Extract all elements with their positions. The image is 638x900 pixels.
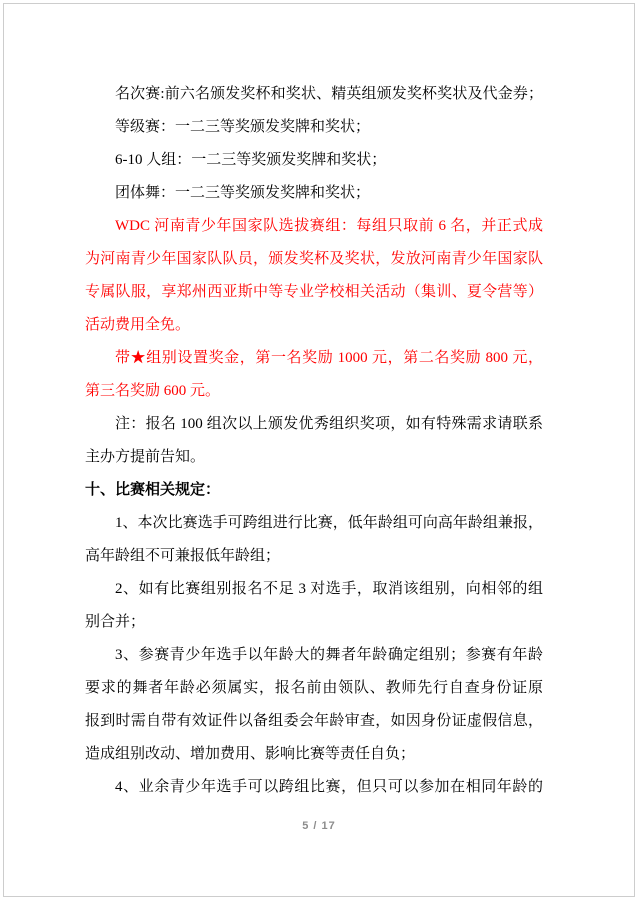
paragraph-wdc-selection-note: WDC 河南青少年国家队选拔赛组：每组只取前 6 名，并正式成 为河南青少年国家… [85, 210, 543, 342]
paragraph-grade-awards: 等级赛：一二三等奖颁发奖牌和奖状； [85, 111, 543, 144]
paragraph-star-group-bonus: 带★组别设置奖金，第一名奖励 1000 元，第二名奖励 800 元， 第三名奖励… [85, 342, 543, 408]
paragraph-rules-heading: 十、比赛相关规定： [85, 474, 543, 507]
doc-line: 团体舞：一二三等奖颁发奖牌和奖状； [85, 177, 543, 210]
doc-line: 注：报名 100 组次以上颁发优秀组织奖项，如有特殊需求请联系 [85, 408, 543, 441]
paragraph-team-dance-awards: 团体舞：一二三等奖颁发奖牌和奖状； [85, 177, 543, 210]
paragraph-rule-1: 1、本次比赛选手可跨组进行比赛，低年龄组可向高年龄组兼报， 高年龄组不可兼报低年… [85, 507, 543, 573]
doc-line: 1、本次比赛选手可跨组进行比赛，低年龄组可向高年龄组兼报， [85, 507, 543, 540]
doc-line: 专属队服，享郑州西亚斯中等专业学校相关活动（集训、夏令营等） [85, 276, 543, 309]
doc-line: 等级赛：一二三等奖颁发奖牌和奖状； [85, 111, 543, 144]
doc-line: WDC 河南青少年国家队选拔赛组：每组只取前 6 名，并正式成 [85, 210, 543, 243]
doc-line: 名次赛:前六名颁发奖杯和奖状、精英组颁发奖杯奖状及代金券； [85, 78, 543, 111]
doc-line: 高年龄组不可兼报低年龄组； [85, 540, 543, 573]
paragraph-placement-awards: 名次赛:前六名颁发奖杯和奖状、精英组颁发奖杯奖状及代金券； [85, 78, 543, 111]
doc-line: 4、业余青少年选手可以跨组比赛，但只可以参加在相同年龄的 [85, 771, 543, 804]
doc-line: 为河南青少年国家队队员，颁发奖杯及奖状，发放河南青少年国家队 [85, 243, 543, 276]
document-body: 名次赛:前六名颁发奖杯和奖状、精英组颁发奖杯奖状及代金券； 等级赛：一二三等奖颁… [85, 78, 543, 804]
page-number: 5 / 17 [0, 820, 638, 832]
section-heading-rules: 十、比赛相关规定： [85, 474, 543, 507]
doc-line: 3、参赛青少年选手以年龄大的舞者年龄确定组别；参赛有年龄 [85, 639, 543, 672]
doc-line: 6-10 人组：一二三等奖颁发奖牌和奖状； [85, 144, 543, 177]
doc-line: 带★组别设置奖金，第一名奖励 1000 元，第二名奖励 800 元， [85, 342, 543, 375]
doc-line: 要求的舞者年龄必须属实，报名前由领队、教师先行自查身份证原件， [85, 672, 543, 705]
doc-line: 造成组别改动、增加费用、影响比赛等责任自负； [85, 738, 543, 771]
doc-line: 第三名奖励 600 元。 [85, 375, 543, 408]
paragraph-group-6-10-awards: 6-10 人组：一二三等奖颁发奖牌和奖状； [85, 144, 543, 177]
doc-line: 2、如有比赛组别报名不足 3 对选手，取消该组别，向相邻的组 [85, 573, 543, 606]
doc-line: 主办方提前告知。 [85, 441, 543, 474]
doc-line: 报到时需自带有效证件以备组委会年龄审查，如因身份证虚假信息， [85, 705, 543, 738]
paragraph-rule-3: 3、参赛青少年选手以年龄大的舞者年龄确定组别；参赛有年龄 要求的舞者年龄必须属实… [85, 639, 543, 771]
paragraph-organizer-note: 注：报名 100 组次以上颁发优秀组织奖项，如有特殊需求请联系 主办方提前告知。 [85, 408, 543, 474]
paragraph-rule-4: 4、业余青少年选手可以跨组比赛，但只可以参加在相同年龄的 [85, 771, 543, 804]
paragraph-rule-2: 2、如有比赛组别报名不足 3 对选手，取消该组别，向相邻的组 别合并； [85, 573, 543, 639]
doc-line: 活动费用全免。 [85, 309, 543, 342]
doc-line: 别合并； [85, 606, 543, 639]
